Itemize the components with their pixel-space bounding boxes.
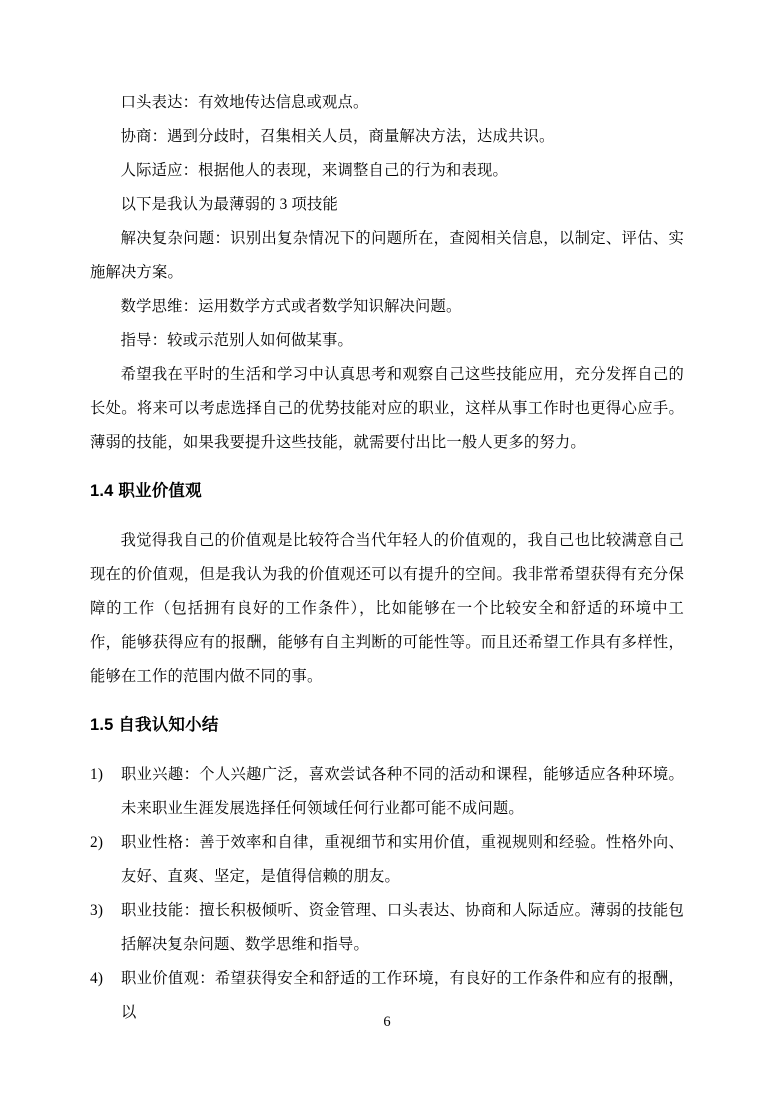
list-item: 1) 职业兴趣：个人兴趣广泛，喜欢尝试各种不同的活动和课程，能够适应各种环境。未… <box>90 758 684 826</box>
list-item: 2) 职业性格：善于效率和自律，重视细节和实用价值，重视规则和经验。性格外向、友… <box>90 826 684 894</box>
paragraph: 指导：较或示范别人如何做某事。 <box>90 324 684 358</box>
paragraph: 协商：遇到分歧时，召集相关人员，商量解决方法，达成共识。 <box>90 120 684 154</box>
paragraph: 口头表达：有效地传达信息或观点。 <box>90 86 684 120</box>
list-item-text: 职业技能：擅长积极倾听、资金管理、口头表达、协商和人际适应。薄弱的技能包括解决复… <box>121 902 684 953</box>
page-number: 6 <box>0 1012 774 1032</box>
paragraph: 以下是我认为最薄弱的 3 项技能 <box>90 188 684 222</box>
paragraph: 希望我在平时的生活和学习中认真思考和观察自己这些技能应用，充分发挥自己的长处。将… <box>90 358 684 460</box>
section-heading: 1.5 自我认知小结 <box>90 708 684 742</box>
document-page: 口头表达：有效地传达信息或观点。协商：遇到分歧时，召集相关人员，商量解决方法，达… <box>0 0 774 1095</box>
list-marker: 3) <box>90 894 116 928</box>
document-body: 口头表达：有效地传达信息或观点。协商：遇到分歧时，召集相关人员，商量解决方法，达… <box>90 86 684 1030</box>
list-marker: 2) <box>90 826 116 860</box>
paragraph: 数学思维：运用数学方式或者数学知识解决问题。 <box>90 290 684 324</box>
list-marker: 4) <box>90 962 116 996</box>
paragraph: 解决复杂问题：识别出复杂情况下的问题所在，查阅相关信息，以制定、评估、实施解决方… <box>90 222 684 290</box>
paragraph: 人际适应：根据他人的表现，来调整自己的行为和表现。 <box>90 154 684 188</box>
section-heading: 1.4 职业价值观 <box>90 474 684 508</box>
paragraph: 我觉得我自己的价值观是比较符合当代年轻人的价值观的，我自己也比较满意自己现在的价… <box>90 524 684 694</box>
list-item-text: 职业兴趣：个人兴趣广泛，喜欢尝试各种不同的活动和课程，能够适应各种环境。未来职业… <box>121 766 684 817</box>
list-item-text: 职业性格：善于效率和自律，重视细节和实用价值，重视规则和经验。性格外向、友好、直… <box>121 834 684 885</box>
list-marker: 1) <box>90 758 116 792</box>
list-item: 3) 职业技能：擅长积极倾听、资金管理、口头表达、协商和人际适应。薄弱的技能包括… <box>90 894 684 962</box>
